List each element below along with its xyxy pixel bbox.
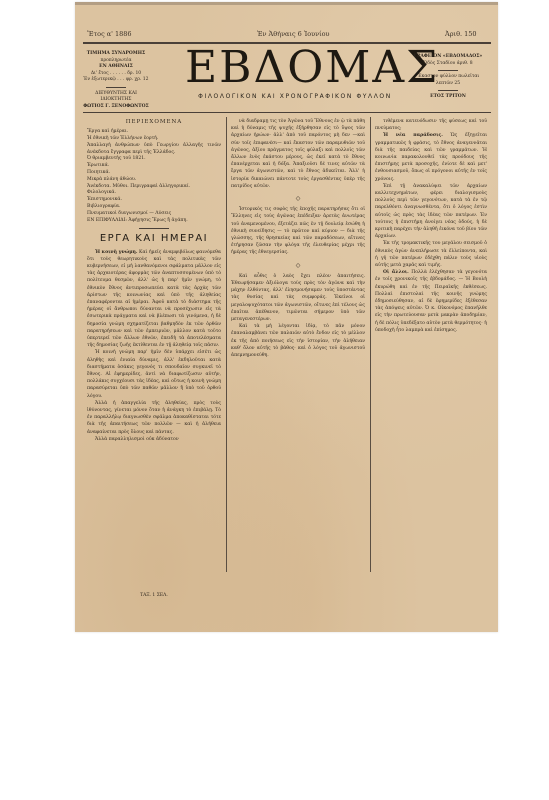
masthead-title: ΕΒΔΟΜΑΣ xyxy=(185,46,395,90)
box-divider xyxy=(106,87,126,88)
article-paragraph: Ἱστορικὸς τις σοφὸς τῆς ἐποχῆς παρατηρήσ… xyxy=(231,206,365,256)
article-paragraph: Ἡ κοινὴ γνώμη παρ' ἡμῖν δὲν ὑπάρχει εἰσέ… xyxy=(87,349,221,399)
toc-item: Ποιητικά. xyxy=(87,170,221,177)
subscription-title: ΤΙΜΗΜΑ ΣΥΝΔΡΟΜΗΣ xyxy=(81,51,151,58)
toc-divider xyxy=(139,228,169,229)
article-paragraph: νὰ διαδραμῃ τις τὸν Ἀγῶνα τοῦ Ἔθνους ἐν … xyxy=(231,118,365,190)
article-paragraph: Ἀλλὰ παραλληλισμοὶ οὐκ ἀδύνατον xyxy=(87,436,221,443)
article-paragraph: Οἱ ἄλλοι. Πολλὰ ἐλέχθησαν τὰ γεγονότα ἐν… xyxy=(375,269,487,334)
section-heading: ΕΡΓΑ ΚΑΙ ΗΜΕΡΑΙ xyxy=(87,235,221,242)
director-label: ΔΙΕΥΘΥΝΤΗΣ ΚΑΙ ΙΔΙΟΚΤΗΤΗΣ xyxy=(81,91,151,104)
toc-list: Ἔργα καὶ ἡμέραι. Ἡ ἐθνικὴ τῶν Ἑλλήνων ἑο… xyxy=(87,129,221,224)
masthead-bottom-rule xyxy=(83,112,491,113)
subscription-box: ΤΙΜΗΜΑ ΣΥΝΔΡΟΜΗΣ προπληρωτέα ΕΝ ΑΘΗΝΑΙΣ … xyxy=(81,51,151,110)
single-copy-price: Ἕκαστον φύλλον πωλεῖται xyxy=(408,74,488,81)
article-paragraph: Καὶ τὰ μὴ λέγονται ἰδίᾳ, τὸ πᾶν μόνον ἐπ… xyxy=(231,323,365,359)
article-paragraph: τιθέμενα κατευόδωσιν τῆς φύσεως καὶ τοῦ … xyxy=(375,118,487,132)
subscription-price-abroad: Ἐν ἐξωτερικῷ . . . φρ. χρ. 12 xyxy=(81,77,151,84)
year-label: ΕΤΟΣ ΤΡΙΤΟΝ xyxy=(408,94,488,101)
column-1: ΠΕΡΙΕΧΟΜΕΝΑ Ἔργα καὶ ἡμέραι. Ἡ ἐθνικὴ τῶ… xyxy=(87,117,221,597)
toc-item: Βιβλιογραφία. xyxy=(87,204,221,211)
office-title: ΓΡΑΦΕΙΟΝ «ΕΒΔΟΜΑΔΟΣ» xyxy=(408,54,488,61)
top-edge-rule xyxy=(75,2,498,5)
newspaper-page: Ἔτος α' 1886 Ἐν Ἀθήναις 6 Ἰουνίου Ἀριθ. … xyxy=(75,2,498,632)
box-divider xyxy=(438,70,458,71)
column-2: νὰ διαδραμῃ τις τὸν Ἀγῶνα τοῦ Ἔθνους ἐν … xyxy=(231,118,365,573)
toc-item: Πνευματικοὶ διαγωνισμοί — Λύσεις xyxy=(87,211,221,218)
ornament-divider: ◇ xyxy=(231,195,365,202)
article-paragraph: Ἡ κοινὴ γνώμη. Καὶ ἡμεῖς ἀναμφιβόλως φαι… xyxy=(87,249,221,350)
toc-item: Ἀπαλλαγὴ ἀνθρώπων ὑπὸ Γεωργίου ἀλλαγῆς τ… xyxy=(87,143,221,157)
column-divider xyxy=(226,117,227,572)
toc-item: Μικρὰ πλάνη ἀθώου. xyxy=(87,177,221,184)
toc-title: ΠΕΡΙΕΧΟΜΕΝΑ xyxy=(87,119,221,126)
article-paragraph: Ἐπὶ τῇ ἀνακαλύψει τῶν ἀρχαίων καλλιτεχνη… xyxy=(375,183,487,241)
box-divider xyxy=(438,90,458,91)
office-box: ΓΡΑΦΕΙΟΝ «ΕΒΔΟΜΑΔΟΣ» Ὁδὸς Σταδίου ἀριθ. … xyxy=(408,54,488,101)
issue-number: Ἀριθ. 150 xyxy=(445,30,477,38)
office-address: Ὁδὸς Σταδίου ἀριθ. 8 xyxy=(408,61,488,68)
place-date: Ἐν Ἀθήναις 6 Ἰουνίου xyxy=(257,30,329,38)
column-1-footer: ΤΑΞ. 1 ΣΕΛ. xyxy=(87,588,221,599)
article-paragraph: Ἡ νέα παράδοσις. Ὡς ἐξηγεῖται γραμματικῶ… xyxy=(375,132,487,182)
column-3: τιθέμενα κατευόδωσιν τῆς φύσεως καὶ τοῦ … xyxy=(375,118,487,573)
toc-item: ΕΝ ΕΠΙΦΥΛΛΙΔΙ: Ἀφήγησις Ἔρως ἢ ἀγάπη. xyxy=(87,218,221,225)
article-paragraph: Καὶ αὖθις ὁ λαὸς ἔχει πλέον ἀπαιτήσεις. … xyxy=(231,273,365,323)
toc-item: Ἐρωτικά. xyxy=(87,163,221,170)
director-name: ΦΩΤΙΟΣ Γ. ΞΕΝΟΦΩΝΤΟΣ xyxy=(81,104,151,111)
article-paragraph: Ἀλλὰ ἡ ἀπαγγελία τῆς ἀληθείας, πρὸς τοὺς… xyxy=(87,400,221,436)
toc-item: Ἐπιστημονικά. xyxy=(87,197,221,204)
toc-item: Ἡ ἐθνικὴ τῶν Ἑλλήνων ἑορτή. xyxy=(87,136,221,143)
single-copy-amount: λεπτῶν 25 xyxy=(408,81,488,88)
toc-item: Ἔργα καὶ ἡμέραι. xyxy=(87,129,221,136)
ornament-divider: ◇ xyxy=(231,262,365,269)
issue-year: Ἔτος α' 1886 xyxy=(87,30,132,38)
article-paragraph: Ἐκ τῆς τρομακτικῆς του μεγάλου σεισμοῦ ὁ… xyxy=(375,240,487,269)
column-divider xyxy=(370,117,371,572)
masthead-subtitle: ΦΙΛΟΛΟΓΙΚΟΝ ΚΑΙ ΧΡΟΝΟΓΡΑΦΙΚΟΝ ΦΥΛΛΟΝ xyxy=(195,93,395,100)
